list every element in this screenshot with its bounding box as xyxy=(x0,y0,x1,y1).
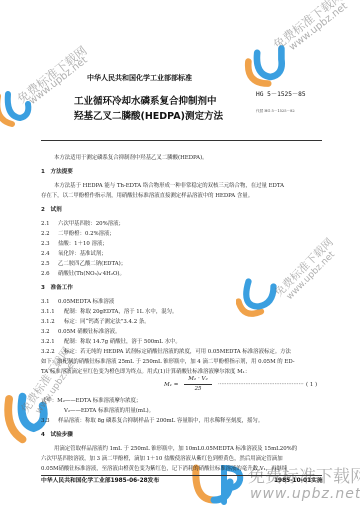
formula-leader-dots: ········································… xyxy=(218,382,304,389)
issue-date: 中华人民共和国化学工业部1985-06-28发布 xyxy=(41,478,159,485)
list-item-num: 2.2 xyxy=(41,231,50,238)
document-title-line1: 工业循环冷却水磷系复合抑制剂中 xyxy=(74,98,217,105)
section-4-heading: 4 试验步骤 xyxy=(41,432,73,439)
watermark-url-text: www.upbz.net xyxy=(250,486,360,502)
list-item-num: 3.2.1 xyxy=(41,339,55,346)
watermark-cn-text: 免费标准下载网 xyxy=(271,234,337,300)
list-item-text: 标定：若无纯的 HEDPA 试剂标定硝酸钍溶液的浓度，可用 0.05MEDTA … xyxy=(64,349,291,356)
document-title-line2: 羟基乙叉二膦酸(HEDPA)测定方法 xyxy=(74,113,223,120)
list-item-num: 3.2 xyxy=(41,329,50,336)
list-item-text: 配制：称取 20gEDTA，溶于 1L 水中，混匀。 xyxy=(64,309,177,316)
list-item-text: 样品溶液：称取 8g 磷系复合抑制样品于 200mL 容量瓶中，用水稀释至刻度，… xyxy=(58,418,263,425)
list-item-text: 标定：同“钙离子测定法”3.4.2 条。 xyxy=(64,319,150,326)
up-logo-icon xyxy=(236,274,286,324)
formula-equation-number: ( 1 ) xyxy=(306,382,317,389)
replaces-code: 代替 HG 5－1525－82 xyxy=(256,108,295,115)
formula-numerator: M₂ · V₂ xyxy=(184,376,212,383)
list-item-text: 乙二胺四乙酸二钠(EDTA)； xyxy=(58,261,126,268)
list-item-num: 2.3 xyxy=(41,241,50,248)
list-item-num: 3.3 xyxy=(41,418,50,425)
where-clause-line2: V₂——EDTA 标准溶液的用量(mL)。 xyxy=(64,408,154,415)
list-item-num: 2.4 xyxy=(41,251,50,258)
section-3-2-2-line2: 如下：取配制的硝酸钍标准溶液 25mL 于 250mL 锥形瓶中，加 4 滴二甲… xyxy=(41,359,295,366)
watermark-cn-text: 免费标准下载网 xyxy=(270,0,347,53)
issuing-organization: 中华人民共和国化学工业部部标准 xyxy=(87,75,192,82)
formula-lhs: M₁ = xyxy=(164,382,178,389)
list-item-text: 0.05MEDTA 标准溶液 xyxy=(58,299,114,306)
list-item-num: 3.2.2 xyxy=(41,349,55,356)
header-divider xyxy=(41,140,322,141)
where-clause-line1: 式中：M₂——EDTA 标准溶液摩尔浓度； xyxy=(41,398,141,405)
list-item-text: 0.05M 硝酸钍标准溶液。 xyxy=(58,329,120,336)
section-3-heading: 3 准备工作 xyxy=(41,285,73,292)
watermark-url-text: www.upbz.net xyxy=(287,1,349,53)
list-item-num: 3.1 xyxy=(41,299,50,306)
section-1-heading: 1 方法提要 xyxy=(41,169,73,176)
list-item-text: 二甲酚橙：0.2%溶液； xyxy=(58,231,115,238)
section-1-para-line2: 存在下，以二甲酚橙作指示剂，用硝酸钍标准溶液直接测定样品溶液中的 HEDPA 含… xyxy=(41,193,253,200)
footer-divider xyxy=(41,475,322,476)
list-item-text: 盐酸：1＋10 溶液； xyxy=(58,241,108,248)
section-3-2-2-line3: TA 标准溶液滴定至红色变为橙色即为终点。用式(1)计算硝酸钍标准溶液摩尔浓度 … xyxy=(41,369,250,376)
watermark-top-right: 免费标准下载网 www.upbz.net xyxy=(230,0,360,90)
list-item-num: 3.1.1 xyxy=(41,309,55,316)
list-item-num: 2.5 xyxy=(41,261,50,268)
section-2-heading: 2 试剂 xyxy=(41,207,62,214)
watermark-url-text: www.upbz.net xyxy=(285,250,337,302)
scope-statement: 本方法适用于测定磷系复合抑制剂中羟基乙叉二膦酸(HEDPA)。 xyxy=(54,155,208,162)
watermark-middle: 免费标准下载网 www.upbz.net xyxy=(230,270,350,340)
section-4-para-line3: 0.05M硝酸钍标准溶液，至溶液由橙黄色变为紫红色，记下消耗的硝酸钍标准溶液的毫… xyxy=(41,466,287,473)
effective-date: 1985-10-01实施 xyxy=(274,478,323,485)
list-item-text: 配制：称取 14.7g 硝酸钍，溶于 500mL 水中。 xyxy=(64,339,181,346)
fraction-bar xyxy=(184,384,212,385)
up-logo-icon xyxy=(0,90,34,130)
formula-denominator: 25 xyxy=(184,386,212,393)
section-1-para-line1: 本方法基于 HEDPA 能与 Th-EDTA 络合物形成一种非常稳定的双核三元络… xyxy=(54,183,284,190)
list-item-text: 六次甲基四胺：20%溶液； xyxy=(58,221,124,228)
list-item-num: 2.1 xyxy=(41,221,50,228)
up-logo-icon xyxy=(244,44,288,88)
standard-code: HG 5－1525－85 xyxy=(256,91,306,98)
list-item-text: 硝酸钍(Th(NO₃)₄·4H₂O)。 xyxy=(58,271,125,278)
section-4-para-line2: 六次甲基四胺溶液，加 3 滴二甲酚橙，滴加 1＋10 盐酸使溶液从紫红色到橙黄色… xyxy=(41,456,283,463)
section-4-para-line1: 用滴定管取样品溶液约 1mL 于 250mL 锥形瓶中，加 10mL0.05ME… xyxy=(54,446,297,453)
list-item-text: 氧化锌：基准试剂； xyxy=(58,251,107,258)
list-item-num: 3.1.2 xyxy=(41,319,55,326)
list-item-num: 2.6 xyxy=(41,271,50,278)
